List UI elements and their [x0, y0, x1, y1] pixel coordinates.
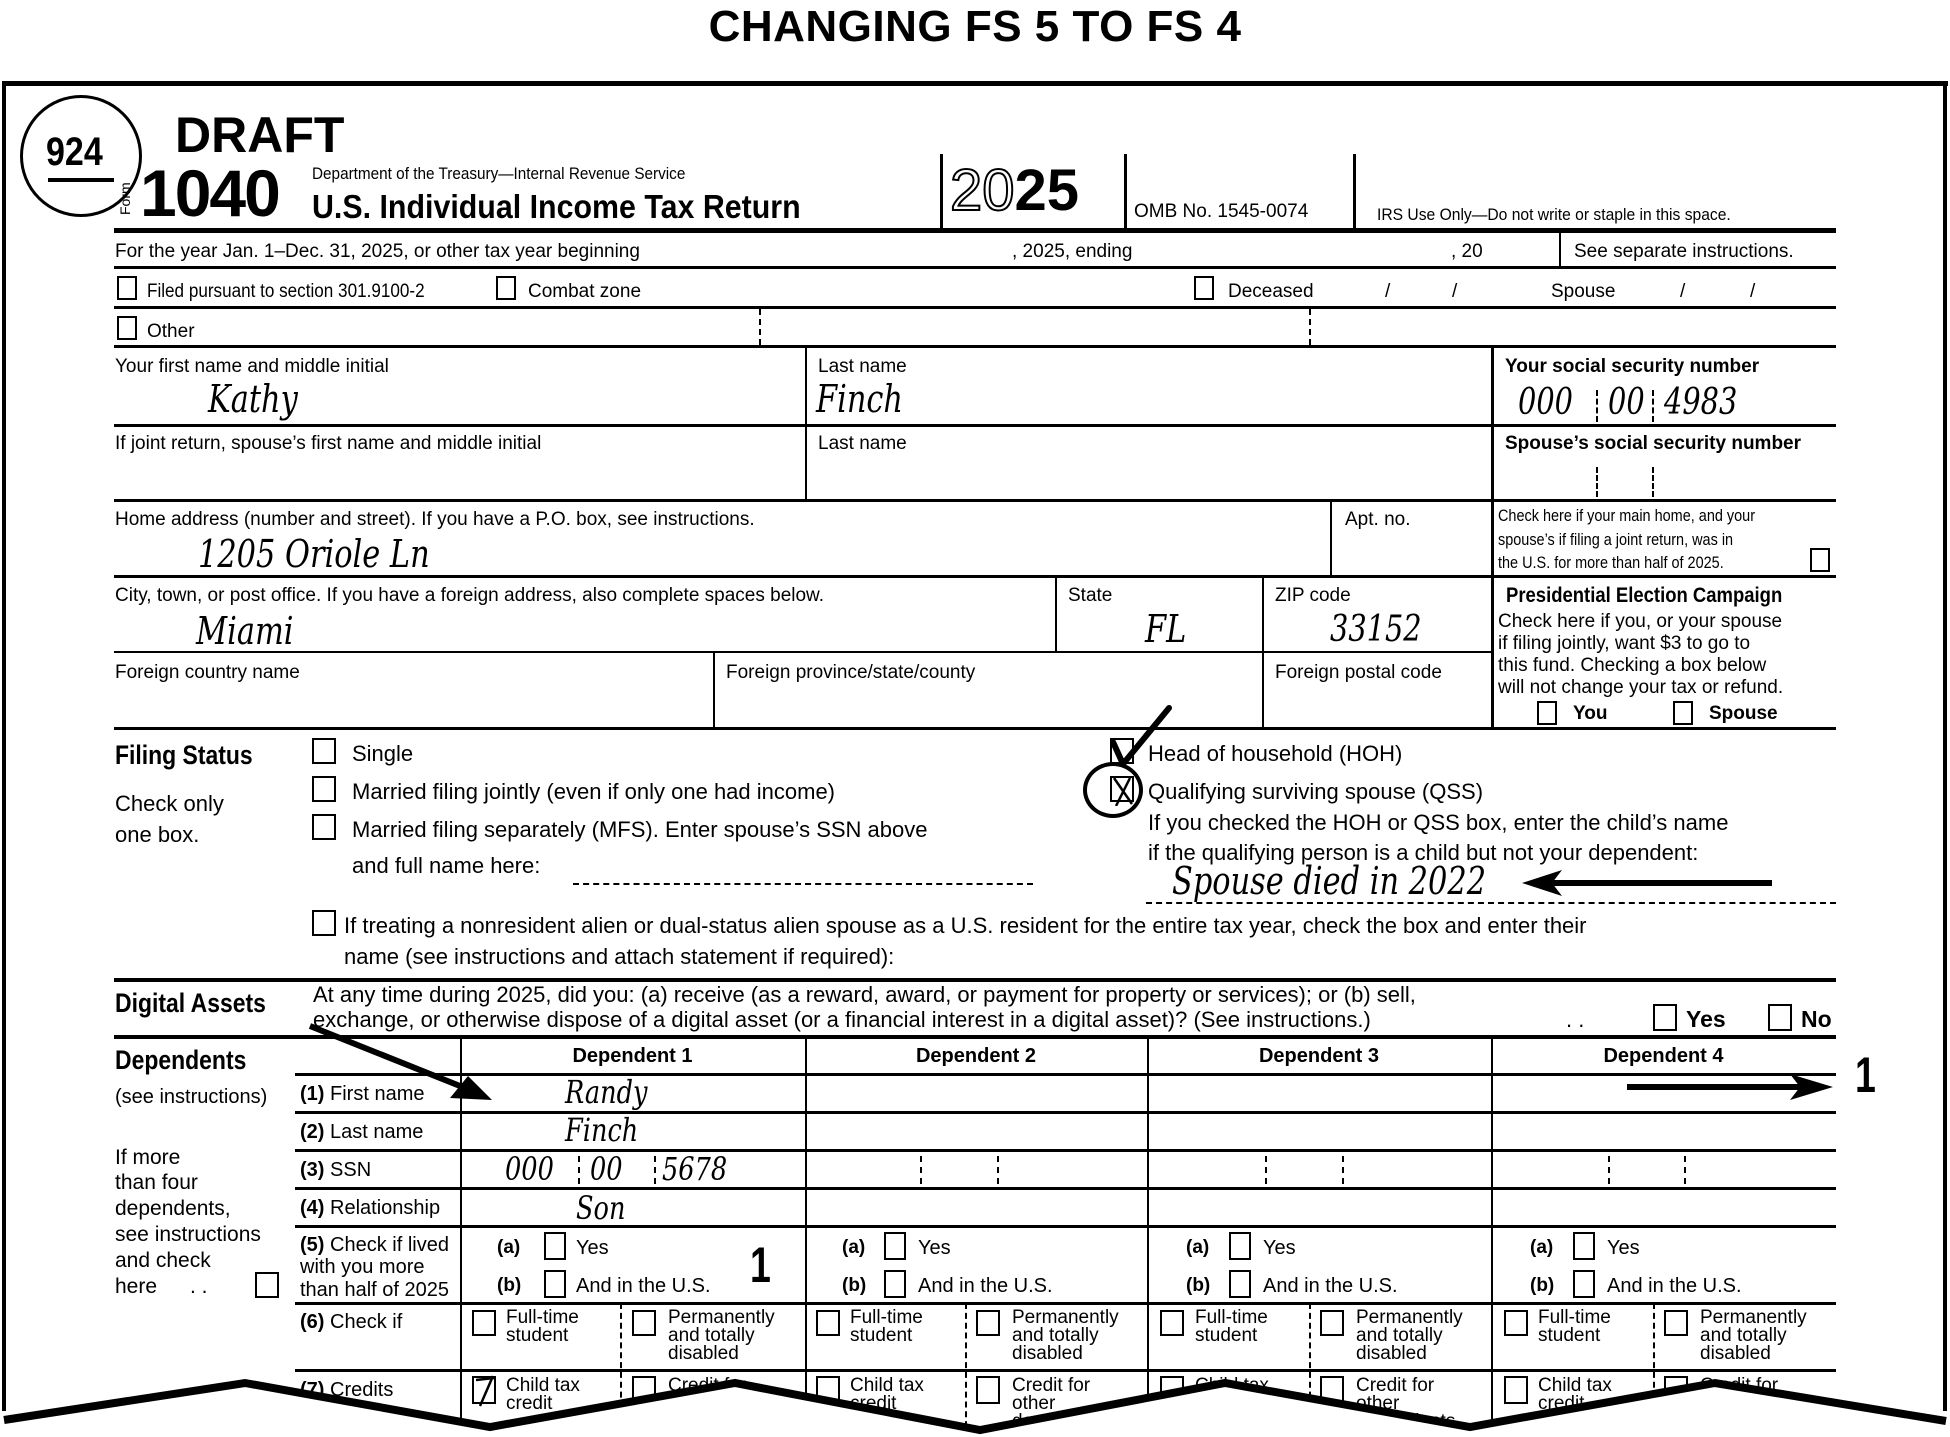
department-label: Department of the Treasury—Internal Reve… [312, 165, 685, 182]
dependents-more-5: and check [115, 1250, 211, 1271]
spouse-ssn-sep-1 [1596, 467, 1598, 497]
other-divider-1 [759, 309, 761, 345]
dep4-disabled-label: Permanentlyand totallydisabled [1700, 1309, 1807, 1363]
tax-year-twenty: , 20 [1451, 242, 1483, 261]
dep-row-relationship-label: (4) Relationship [300, 1198, 440, 1218]
dep2-disabled-checkbox[interactable] [976, 1310, 1000, 1336]
dependents-more-6: here [115, 1276, 157, 1297]
mfs-name-line [573, 883, 1033, 885]
filing-status-sub-2: one box. [115, 824, 199, 846]
dep1-a-label: (a) [497, 1238, 520, 1257]
dep1-in-us-checkbox[interactable] [544, 1270, 566, 1298]
deceased-date-slash: / [1385, 282, 1390, 301]
dep4-in-us-label: And in the U.S. [1607, 1276, 1742, 1296]
dependent-3-ssn-sep-1 [1265, 1156, 1267, 1184]
presidential-text-1: Check here if you, or your spouse [1498, 612, 1782, 632]
dep3-a-label: (a) [1186, 1238, 1209, 1257]
spouse-ssn-sep-2 [1652, 467, 1654, 497]
home-address-value[interactable]: 1205 Oriole Ln [198, 535, 430, 573]
page-title: CHANGING FS 5 TO FS 4 [0, 2, 1950, 52]
dep1-lived-yes-checkbox[interactable] [544, 1232, 566, 1260]
line-other [114, 345, 1836, 348]
child-note-1: If you checked the HOH or QSS box, enter… [1148, 812, 1728, 834]
dependents-more-1: If more [115, 1147, 180, 1168]
foreign-country-label: Foreign country name [115, 663, 300, 682]
ssn-part-3[interactable]: 4983 [1664, 385, 1737, 421]
spouse-deceased-label: Spouse [1551, 282, 1615, 301]
main-home-checkbox[interactable] [1810, 548, 1830, 572]
dependent-2-ssn-sep-1 [920, 1156, 922, 1184]
dep2-disabled-label: Permanentlyand totallydisabled [1012, 1309, 1119, 1363]
header-divider-2 [1124, 154, 1127, 230]
first-name-value[interactable]: Kathy [208, 380, 298, 418]
dep3-yes-label: Yes [1263, 1238, 1296, 1258]
city-value[interactable]: Miami [196, 612, 294, 650]
dep1-full-time-checkbox[interactable] [472, 1310, 496, 1336]
header-divider-1 [940, 154, 943, 230]
main-home-text-3: the U.S. for more than half of 2025. [1498, 554, 1724, 572]
tax-year-ending: , 2025, ending [1012, 242, 1132, 261]
dep1-yes-label: Yes [576, 1238, 609, 1258]
presidential-you-checkbox[interactable] [1537, 701, 1557, 725]
other-checkbox[interactable] [117, 316, 137, 340]
foreign-province-label: Foreign province/state/county [726, 663, 975, 682]
child-name-line [1146, 902, 1836, 904]
dep1-b-label: (b) [497, 1276, 521, 1295]
digital-assets-dots: . . [1566, 1009, 1584, 1031]
dep2-in-us-checkbox[interactable] [884, 1270, 906, 1298]
deceased-label: Deceased [1228, 282, 1314, 301]
foreign-province-divider [713, 652, 715, 729]
digital-yes-label: Yes [1686, 1008, 1726, 1031]
dep3-lived-yes-checkbox[interactable] [1229, 1232, 1251, 1260]
dependent-1-ssn-2[interactable]: 00 [590, 1153, 623, 1185]
line-special [114, 306, 1836, 309]
presidential-you-label: You [1573, 704, 1607, 723]
dependent-3-header: Dependent 3 [1147, 1046, 1491, 1066]
dep2-full-time-checkbox[interactable] [816, 1310, 840, 1336]
mfj-checkbox[interactable] [312, 776, 336, 802]
form-top-border [2, 81, 1948, 86]
presidential-title: Presidential Election Campaign [1506, 585, 1782, 606]
dependent-2-header: Dependent 2 [805, 1046, 1147, 1066]
dependent-4-ssn-sep-2 [1684, 1156, 1686, 1184]
dependent-2-ssn-sep-2 [997, 1156, 999, 1184]
draft-label: DRAFT [175, 110, 344, 160]
see-instructions: See separate instructions. [1574, 242, 1794, 261]
dep2-yes-label: Yes [918, 1238, 951, 1258]
arrow-right-icon [1625, 1072, 1835, 1102]
dep2-b-label: (b) [842, 1276, 866, 1295]
qss-label: Qualifying surviving spouse (QSS) [1148, 781, 1483, 803]
dependent-1-ssn-3[interactable]: 5678 [662, 1153, 727, 1185]
last-name-label: Last name [818, 357, 907, 376]
deceased-checkbox[interactable] [1194, 276, 1214, 300]
dep3-in-us-checkbox[interactable] [1229, 1270, 1251, 1298]
dependents-title: Dependents [115, 1047, 246, 1074]
dependent-1-ssn-sep-1 [578, 1156, 580, 1184]
zip-divider [1262, 577, 1264, 729]
other-label: Other [147, 322, 195, 341]
filing-status-sub-1: Check only [115, 793, 224, 815]
dep-row-line-4 [295, 1225, 1836, 1228]
dep4-in-us-checkbox[interactable] [1573, 1270, 1595, 1298]
qss-circle-annotation [1083, 762, 1143, 818]
last-name-value[interactable]: Finch [816, 380, 903, 418]
dependents-more-dots: . . [190, 1276, 208, 1297]
digital-assets-title: Digital Assets [115, 990, 266, 1017]
form-title: U.S. Individual Income Tax Return [312, 190, 801, 223]
state-label: State [1068, 586, 1112, 605]
home-address-label: Home address (number and street). If you… [115, 510, 755, 529]
ssn-sep-1 [1596, 390, 1598, 422]
presidential-spouse-label: Spouse [1709, 704, 1778, 723]
dependents-see-instructions: (see instructions) [115, 1087, 267, 1107]
digital-no-checkbox[interactable] [1768, 1004, 1792, 1031]
dep1-disabled-checkbox[interactable] [632, 1310, 656, 1336]
tax-year-bold: 25 [1015, 158, 1080, 223]
ssn-sep-2 [1652, 390, 1654, 422]
dep3-b-label: (b) [1186, 1276, 1210, 1295]
dependents-more-2: than four [115, 1172, 198, 1193]
arrow-diagonal-icon [300, 1020, 500, 1110]
dep4-lived-yes-checkbox[interactable] [1573, 1232, 1595, 1260]
main-home-text-1: Check here if your main home, and your [1498, 507, 1755, 525]
single-checkbox[interactable] [312, 738, 336, 764]
more-dependents-checkbox[interactable] [255, 1272, 279, 1298]
ssn-part-1[interactable]: 000 [1518, 385, 1573, 421]
omb-number: OMB No. 1545-0074 [1134, 202, 1308, 221]
dependent-1-ssn-1[interactable]: 000 [505, 1153, 554, 1185]
mfs-label: Married filing separately (MFS). Enter s… [352, 819, 928, 841]
line-name [114, 424, 1836, 427]
nonresident-label-2: name (see instructions and attach statem… [344, 946, 894, 968]
city-label: City, town, or post office. If you have … [115, 586, 824, 605]
combat-zone-label: Combat zone [528, 282, 641, 301]
hoh-label: Head of household (HOH) [1148, 743, 1402, 765]
nonresident-label-1: If treating a nonresident alien or dual-… [344, 915, 1587, 937]
apt-label: Apt. no. [1345, 510, 1411, 529]
presidential-spouse-checkbox[interactable] [1673, 701, 1693, 725]
dependent-1-header: Dependent 1 [460, 1046, 805, 1066]
dep4-disabled-checkbox[interactable] [1664, 1310, 1688, 1336]
presidential-text-3: this fund. Checking a box below [1498, 656, 1766, 676]
ssn-label: Your social security number [1505, 357, 1759, 376]
page-number: 924 [46, 132, 103, 172]
torn-edge [0, 1375, 1950, 1437]
form-right-border [1943, 81, 1947, 1411]
line-foreign [114, 727, 1836, 730]
annotation-count-dep1: 1 [750, 1240, 771, 1290]
tax-year: 2025 [950, 162, 1079, 220]
state-divider [1055, 577, 1057, 653]
instructions-divider [1559, 230, 1561, 267]
digital-yes-checkbox[interactable] [1653, 1004, 1677, 1031]
ssn-divider [1491, 346, 1494, 729]
form-number: 1040 [140, 160, 279, 226]
dependents-more-3: dependents, [115, 1198, 231, 1219]
annotation-count-right: 1 [1855, 1050, 1876, 1100]
zip-value[interactable]: 33152 [1330, 612, 1422, 648]
dependent-3-ssn-sep-2 [1342, 1156, 1344, 1184]
line-spouse [114, 499, 1836, 502]
digital-assets-text-1: At any time during 2025, did you: (a) re… [313, 984, 1416, 1006]
foreign-postal-label: Foreign postal code [1275, 663, 1442, 682]
dep1-disabled-label: Permanentlyand totallydisabled [668, 1309, 775, 1363]
filing-status-title: Filing Status [115, 742, 253, 769]
dep3-disabled-checkbox[interactable] [1320, 1310, 1344, 1336]
dependent-1-last-name[interactable]: Finch [565, 1114, 638, 1146]
dep4-full-time-label: Full-timestudent [1538, 1309, 1611, 1345]
arrow-left-icon [1520, 868, 1780, 898]
dep4-b-label: (b) [1530, 1276, 1554, 1295]
tax-year-label: For the year Jan. 1–Dec. 31, 2025, or ot… [115, 242, 640, 261]
dependent-4-ssn-sep-1 [1608, 1156, 1610, 1184]
dep-row-lived-label: (5) Check if lived [300, 1235, 449, 1255]
dep-row-line-1 [295, 1111, 1836, 1114]
line-taxyear [114, 266, 1836, 269]
form-label: Form [118, 182, 132, 215]
dep3-full-time-label: Full-timestudent [1195, 1309, 1268, 1345]
mfs-checkbox[interactable] [312, 814, 336, 840]
filed-pursuant-label: Filed pursuant to section 301.9100-2 [147, 282, 425, 301]
presidential-text-4: will not change your tax or refund. [1498, 678, 1783, 698]
spouse-first-label: If joint return, spouse’s first name and… [115, 434, 541, 453]
apt-divider [1330, 500, 1332, 577]
dep4-full-time-checkbox[interactable] [1504, 1310, 1528, 1336]
form-left-border [2, 81, 6, 1411]
combat-zone-checkbox[interactable] [496, 276, 516, 300]
page-number-underline [48, 178, 114, 182]
spouse-date-slash: / [1680, 282, 1685, 301]
filed-pursuant-checkbox[interactable] [117, 276, 137, 300]
zip-label: ZIP code [1275, 586, 1351, 605]
dep-row-line-6 [295, 1369, 1836, 1372]
dep1-full-time-label: Full-timestudent [506, 1309, 579, 1345]
dep-row-check-label: (6) Check if [300, 1312, 402, 1332]
header-bottom-line [114, 228, 1836, 233]
digital-no-label: No [1801, 1008, 1832, 1031]
dep2-in-us-label: And in the U.S. [918, 1276, 1053, 1296]
deceased-date-slash: / [1452, 282, 1457, 301]
state-value[interactable]: FL [1145, 610, 1186, 648]
handwritten-note: Spouse died in 2022 [1172, 862, 1486, 900]
single-label: Single [352, 743, 413, 765]
first-name-label: Your first name and middle initial [115, 357, 389, 376]
dep-row-lived-label-2: with you more [300, 1257, 425, 1277]
dependent-1-relationship[interactable]: Son [576, 1192, 625, 1224]
mfs-label-2: and full name here: [352, 855, 540, 877]
dep3-disabled-label: Permanentlyand totallydisabled [1356, 1309, 1463, 1363]
dep-row-line-5 [295, 1302, 1836, 1305]
spouse-last-label: Last name [818, 434, 907, 453]
main-home-text-2: spouse’s if filing a joint return, was i… [1498, 531, 1733, 549]
dep2-lived-yes-checkbox[interactable] [884, 1232, 906, 1260]
ssn-part-2[interactable]: 00 [1608, 385, 1645, 421]
spouse-date-slash: / [1750, 282, 1755, 301]
other-divider-2 [1309, 309, 1311, 345]
nonresident-checkbox[interactable] [312, 910, 336, 936]
dependent-4-header: Dependent 4 [1491, 1046, 1836, 1066]
mfj-label: Married filing jointly (even if only one… [352, 781, 835, 803]
header-divider-3 [1353, 154, 1356, 230]
dep-row-last-label: (2) Last name [300, 1122, 423, 1142]
dep3-in-us-label: And in the U.S. [1263, 1276, 1398, 1296]
presidential-text-2: if filing jointly, want $3 to go to [1498, 634, 1750, 654]
dep-header-line [295, 1073, 1836, 1076]
line-address [114, 575, 1836, 578]
dependents-more-4: see instructions [115, 1224, 261, 1245]
dep4-yes-label: Yes [1607, 1238, 1640, 1258]
irs-use-only: IRS Use Only—Do not write or staple in t… [1377, 206, 1731, 223]
dep3-full-time-checkbox[interactable] [1160, 1310, 1184, 1336]
dependent-1-ssn-sep-2 [654, 1156, 656, 1184]
dep-row-lived-label-3: than half of 2025 [300, 1280, 449, 1300]
dependent-1-first-name[interactable]: Randy [565, 1076, 647, 1108]
spouse-ssn-label: Spouse’s social security number [1505, 434, 1801, 453]
dep2-full-time-label: Full-timestudent [850, 1309, 923, 1345]
line-city [114, 651, 1492, 653]
dep2-a-label: (a) [842, 1238, 865, 1257]
dep4-a-label: (a) [1530, 1238, 1553, 1257]
dep1-in-us-label: And in the U.S. [576, 1276, 711, 1296]
tax-year-outline: 20 [950, 158, 1015, 223]
dep-row-ssn-label: (3) SSN [300, 1160, 371, 1180]
